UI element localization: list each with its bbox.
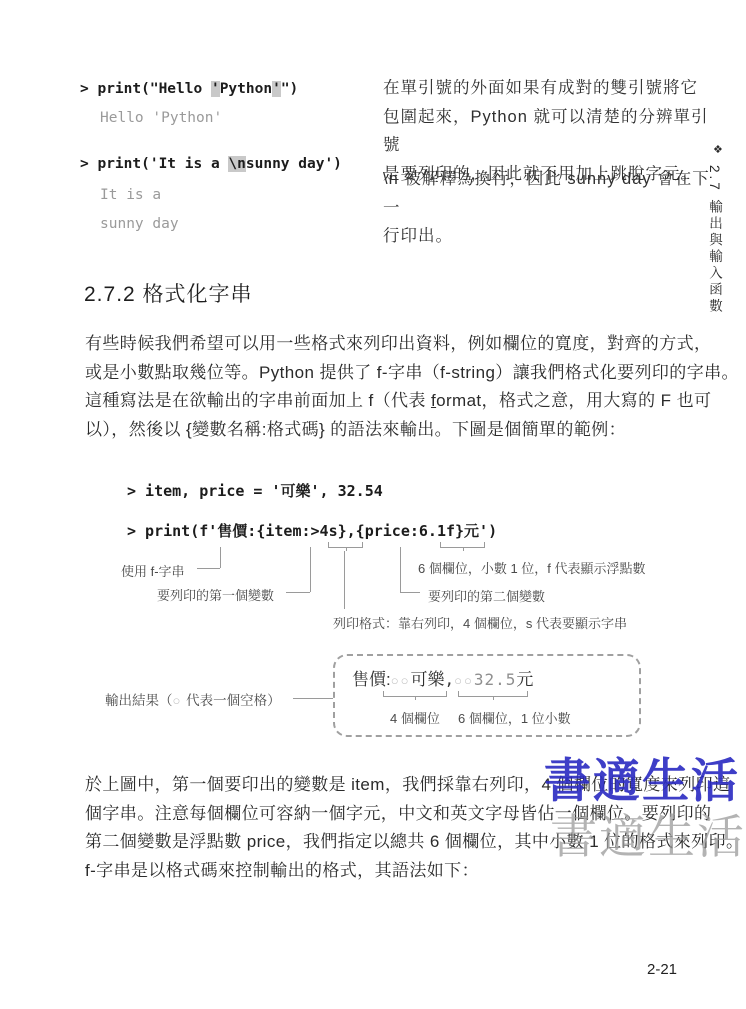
output-comma: , — [444, 670, 454, 689]
space-circles: ○○ — [391, 673, 411, 688]
connector-line — [400, 547, 401, 593]
note-line: 行印出。 — [383, 222, 723, 251]
connector-line — [400, 592, 420, 593]
annotation-string-format: 列印格式：靠右列印，4 個欄位，s 代表要顯示字串 — [333, 613, 627, 632]
output-label: 售價: — [352, 670, 391, 689]
annotation-4-fields: 4 個欄位 — [390, 708, 440, 727]
highlighted-quote: ' — [272, 81, 281, 97]
paragraph-segment: ormat，格式之意，用大寫的 F 也可 — [436, 391, 711, 410]
chapter-sidebar-label: 2.7 輸出與輸入函數 — [704, 165, 724, 315]
annotation-first-variable: 要列印的第一個變數 — [157, 585, 274, 604]
connector-line — [197, 568, 220, 569]
code-segment: Python — [220, 81, 272, 97]
space-circles: ○○ — [454, 673, 474, 688]
underbrace-4s — [328, 542, 363, 548]
output-price-value: 32.5 — [474, 670, 517, 689]
connector-line — [344, 551, 345, 609]
output-result-line: 售價:○○可樂,○○32.5元 — [352, 665, 533, 690]
code-segment: > print("Hello — [80, 81, 211, 97]
code-output-2-line2: sunny day — [100, 216, 179, 232]
code-output-2-line1: It is a — [100, 187, 161, 203]
annotation-6-fields: 6 個欄位，1 位小數 — [458, 708, 571, 727]
page-number: 2-21 — [647, 961, 677, 978]
paragraph-line: 這種寫法是在欲輸出的字串前面加上 f（代表 format，格式之意，用大寫的 F… — [85, 387, 739, 416]
underbrace-61f — [440, 542, 485, 548]
intro-paragraph: 有些時候我們希望可以用一些格式來列印出資料，例如欄位的寬度，對齊的方式， 或是小… — [85, 330, 739, 444]
connector-line — [220, 547, 221, 568]
section-heading: 2.7.2 格式化字串 — [84, 278, 253, 308]
paragraph-line: 以），然後以 {變數名稱:格式碼} 的語法來輸出。下圖是個簡單的範例： — [85, 416, 739, 445]
output-item-value: 可樂 — [410, 670, 444, 689]
paragraph-segment: 這種寫法是在欲輸出的字串前面加上 f（代表 — [85, 391, 431, 410]
code-segment: ") — [281, 81, 298, 97]
connector-line — [310, 547, 311, 592]
book-page: > print("Hello 'Python'") Hello 'Python'… — [0, 0, 746, 1009]
figure-code-line-2: > print(f'售價:{item:>4s},{price:6.1f}元') — [127, 520, 497, 541]
highlighted-quote: ' — [211, 81, 220, 97]
annotation-output-result: 輸出結果（○ 代表一個空格） — [105, 689, 281, 709]
caption-segment: 代表一個空格） — [182, 693, 280, 708]
code-segment: > print('It is a — [80, 156, 228, 172]
note-line: 在單引號的外面如果有成對的雙引號將它 — [383, 74, 723, 103]
underbrace-price-field — [458, 691, 528, 697]
note-line: \n 被解釋為換行，因此 sunny day 會在下一 — [383, 165, 723, 222]
annotation-fstring: 使用 f-字串 — [121, 561, 185, 580]
connector-line — [293, 698, 333, 699]
annotation-second-variable: 要列印的第二個變數 — [428, 586, 545, 605]
code-example-2: > print('It is a \nsunny day') — [80, 156, 342, 172]
paragraph-line: 有些時候我們希望可以用一些格式來列印出資料，例如欄位的寬度，對齊的方式， — [85, 330, 739, 359]
caption-segment: 輸出結果（ — [105, 693, 173, 708]
connector-line — [286, 592, 310, 593]
code-segment: sunny day') — [246, 156, 342, 172]
code-example-1: > print("Hello 'Python'") — [80, 81, 298, 97]
code-output-1: Hello 'Python' — [100, 110, 222, 126]
highlighted-newline: \n — [228, 156, 245, 172]
diamond-marker-icon: ❖ — [713, 143, 723, 156]
figure-code-line-1: > item, price = '可樂', 32.54 — [127, 480, 383, 501]
watermark-gray: 書適生活 — [550, 800, 746, 867]
output-unit: 元 — [516, 670, 533, 689]
margin-note-2: \n 被解釋為換行，因此 sunny day 會在下一 行印出。 — [383, 165, 723, 251]
paragraph-line: 或是小數點取幾位等。Python 提供了 f-字串（f-string）讓我們格式… — [85, 359, 739, 388]
space-circle-icon: ○ — [173, 693, 183, 708]
note-line: 包圍起來，Python 就可以清楚的分辨單引號 — [383, 103, 723, 160]
annotation-float-format: 6 個欄位，小數 1 位，f 代表顯示浮點數 — [418, 558, 646, 577]
underbrace-item-field — [383, 691, 447, 697]
